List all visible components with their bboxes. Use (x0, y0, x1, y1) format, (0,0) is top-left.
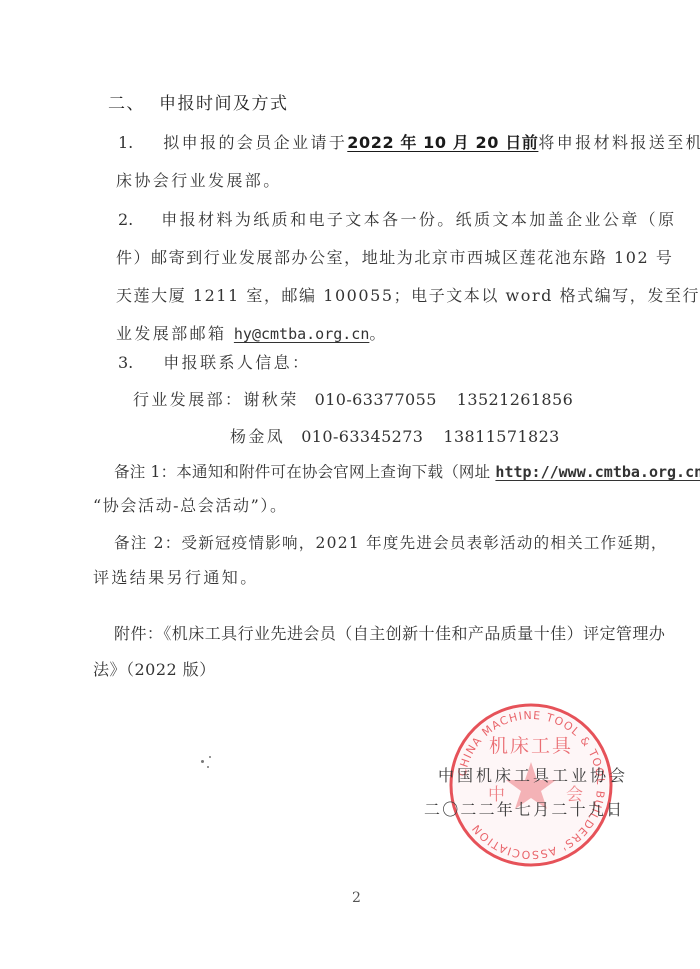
attachment-line-2: 法》（2022 版） (93, 660, 216, 680)
item-text: 。 (369, 324, 387, 343)
item-2-line-3: 天莲大厦 1211 室，邮编 100055；电子文本以 word 格式编写，发至… (116, 286, 700, 306)
item-2-line-2: 件）邮寄到行业发展部办公室，地址为北京市西城区莲花池东路 102 号 (116, 248, 673, 268)
scan-speck (207, 766, 209, 768)
item-text: 业发展部邮箱 (116, 324, 234, 343)
contact-name: 谢秋荣 (243, 390, 298, 409)
note-1-line-2: “协会活动-总会活动”）。 (93, 496, 288, 516)
item-2-line-1: 2.申报材料为纸质和电子文本各一份。纸质文本加盖企业公章（原 (118, 210, 676, 230)
signing-organization: 中国机床工具工业协会 (438, 766, 628, 786)
item-3-line-1: 3.申报联系人信息： (118, 353, 310, 373)
contact-row-1: 行业发展部：谢秋荣010-6337705513521261856 (133, 390, 573, 410)
contact-mobile: 13521261856 (457, 390, 573, 409)
note-text: 备注 1：本通知和附件可在协会官网上查询下载（网址 (114, 463, 495, 481)
department-label: 行业发展部： (133, 390, 243, 409)
item-text: 拟申报的会员企业请于 (163, 133, 347, 152)
signing-date: 二〇二二年七月二十九日 (424, 800, 624, 820)
deadline-text: 2022 年 10 月 20 日前 (347, 133, 538, 152)
note-2-line-1: 备注 2：受新冠疫情影响，2021 年度先进会员表彰活动的相关工作延期， (114, 533, 668, 553)
item-text: 申报材料为纸质和电子文本各一份。纸质文本加盖企业公章（原 (161, 210, 676, 229)
item-text: 将申报材料报送至机 (538, 133, 700, 152)
contact-mobile: 13811571823 (443, 427, 559, 446)
section-title: 申报时间及方式 (159, 94, 289, 114)
contact-phone: 010-63377055 (315, 390, 437, 409)
contact-row-2: 杨金凤010-6334527313811571823 (230, 427, 560, 447)
page-number: 2 (352, 890, 361, 906)
note-1-line-1: 备注 1：本通知和附件可在协会官网上查询下载（网址 http://www.cmt… (114, 462, 700, 482)
contact-phone: 010-63345273 (301, 427, 423, 446)
contact-name: 杨金凤 (230, 427, 285, 446)
scan-speck (201, 760, 204, 763)
item-2-line-4: 业发展部邮箱 hy@cmtba.org.cn。 (116, 324, 388, 344)
item-1-line-1: 1.拟申报的会员企业请于2022 年 10 月 20 日前将申报材料报送至机 (118, 133, 700, 153)
item-text: 申报联系人信息： (163, 353, 310, 372)
item-number: 2. (118, 210, 133, 229)
item-number: 1. (118, 133, 133, 152)
scan-speck (209, 756, 211, 758)
website-link[interactable]: http://www.cmtba.org.cn (495, 463, 700, 481)
svg-text:机床工具: 机床工具 (489, 735, 573, 757)
item-1-line-2: 床协会行业发展部。 (116, 171, 282, 191)
section-number: 二、 (108, 94, 145, 114)
item-number: 3. (118, 353, 133, 372)
note-2-line-2: 评选结果另行通知。 (93, 568, 259, 588)
email-link[interactable]: hy@cmtba.org.cn (234, 325, 369, 343)
document-page: 二、申报时间及方式 1.拟申报的会员企业请于2022 年 10 月 20 日前将… (0, 0, 700, 969)
section-heading: 二、申报时间及方式 (108, 94, 289, 114)
scan-speck (609, 812, 613, 814)
attachment-line-1[interactable]: 附件：《机床工具行业先进会员（自主创新十佳和产品质量十佳）评定管理办 (114, 624, 665, 644)
